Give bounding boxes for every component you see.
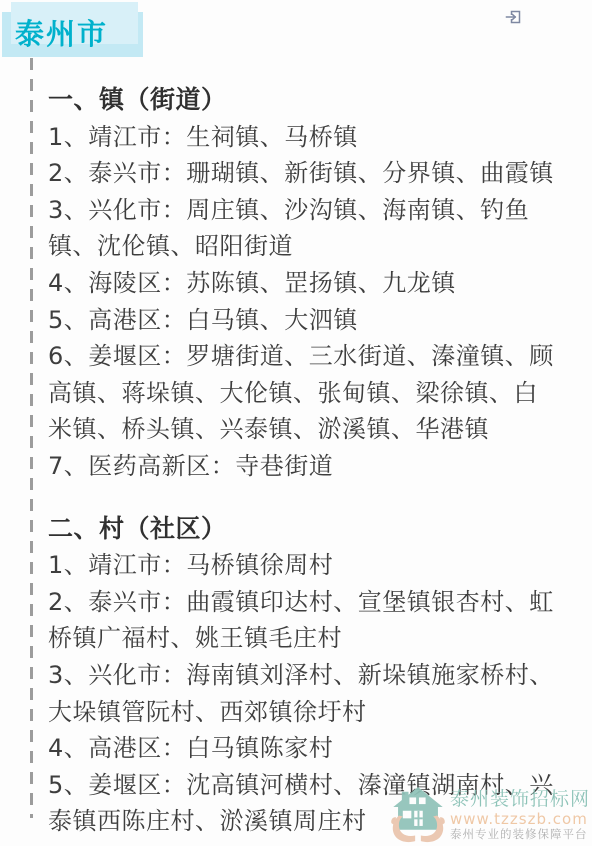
text-line: 7、医药高新区：寺巷街道 (48, 448, 558, 485)
watermark-url: www.tzzszb.com (450, 811, 590, 828)
text-line: 6、姜堰区：罗塘街道、三水街道、溱潼镇、顾 (48, 338, 558, 375)
text-line: 2、泰兴市：珊瑚镇、新街镇、分界镇、曲霞镇 (48, 155, 558, 192)
section-towns: 一、镇（街道） 1、靖江市：生祠镇、马桥镇 2、泰兴市：珊瑚镇、新街镇、分界镇、… (48, 82, 558, 485)
text-line: 1、靖江市：生祠镇、马桥镇 (48, 119, 558, 156)
list-item: 1、靖江市：马桥镇徐周村 (48, 547, 558, 584)
text-line: 3、兴化市：海南镇刘泽村、新垛镇施家桥村、 (48, 657, 558, 694)
watermark-site-name: 泰州装饰招标网 (450, 789, 590, 811)
list-item: 1、靖江市：生祠镇、马桥镇 (48, 119, 558, 156)
text-line: 3、兴化市：周庄镇、沙沟镇、海南镇、钓鱼 (48, 192, 558, 229)
list-item: 3、兴化市：周庄镇、沙沟镇、海南镇、钓鱼 镇、沈伦镇、昭阳街道 (48, 192, 558, 265)
page-title: 泰州市 (2, 12, 143, 57)
text-line: 4、海陵区：苏陈镇、罡扬镇、九龙镇 (48, 265, 558, 302)
house-in-hands-icon (389, 787, 447, 844)
text-line: 4、高港区：白马镇陈家村 (48, 730, 558, 767)
section-heading-towns: 一、镇（街道） (48, 82, 558, 119)
share-icon[interactable] (505, 8, 523, 26)
list-item: 7、医药高新区：寺巷街道 (48, 448, 558, 485)
list-item: 2、泰兴市：曲霞镇印达村、宣堡镇银杏村、虹 桥镇广福村、姚王镇毛庄村 (48, 584, 558, 657)
text-line: 米镇、桥头镇、兴泰镇、淤溪镇、华港镇 (48, 411, 558, 448)
article-content: 一、镇（街道） 1、靖江市：生祠镇、马桥镇 2、泰兴市：珊瑚镇、新街镇、分界镇、… (48, 82, 558, 840)
text-line: 桥镇广福村、姚王镇毛庄村 (48, 620, 558, 657)
text-line: 2、泰兴市：曲霞镇印达村、宣堡镇银杏村、虹 (48, 584, 558, 621)
site-watermark: 泰州装饰招标网 www.tzzszb.com 泰州专业的装修保障平台 (389, 787, 590, 844)
section-heading-villages: 二、村（社区） (48, 511, 558, 548)
list-item: 5、高港区：白马镇、大泗镇 (48, 302, 558, 339)
list-item: 2、泰兴市：珊瑚镇、新街镇、分界镇、曲霞镇 (48, 155, 558, 192)
page-title-highlight: 泰州市 (2, 12, 143, 57)
text-line: 1、靖江市：马桥镇徐周村 (48, 547, 558, 584)
text-line: 5、高港区：白马镇、大泗镇 (48, 302, 558, 339)
list-item: 6、姜堰区：罗塘街道、三水街道、溱潼镇、顾 高镇、蒋垛镇、大伦镇、张甸镇、梁徐镇… (48, 338, 558, 448)
article-page: 泰州市 一、镇（街道） 1、靖江市：生祠镇、马桥镇 2、泰兴市：珊瑚镇、新街镇、… (0, 0, 592, 846)
text-line: 镇、沈伦镇、昭阳街道 (48, 228, 558, 265)
text-line: 高镇、蒋垛镇、大伦镇、张甸镇、梁徐镇、白 (48, 375, 558, 412)
watermark-text: 泰州装饰招标网 www.tzzszb.com 泰州专业的装修保障平台 (450, 789, 590, 841)
list-item: 4、海陵区：苏陈镇、罡扬镇、九龙镇 (48, 265, 558, 302)
list-item: 4、高港区：白马镇陈家村 (48, 730, 558, 767)
text-line: 大垛镇管阮村、西郊镇徐圩村 (48, 694, 558, 731)
share-icon-glyph (505, 8, 523, 26)
list-item: 3、兴化市：海南镇刘泽村、新垛镇施家桥村、 大垛镇管阮村、西郊镇徐圩村 (48, 657, 558, 730)
watermark-tagline: 泰州专业的装修保障平台 (450, 828, 590, 841)
left-dashed-divider (30, 58, 33, 818)
